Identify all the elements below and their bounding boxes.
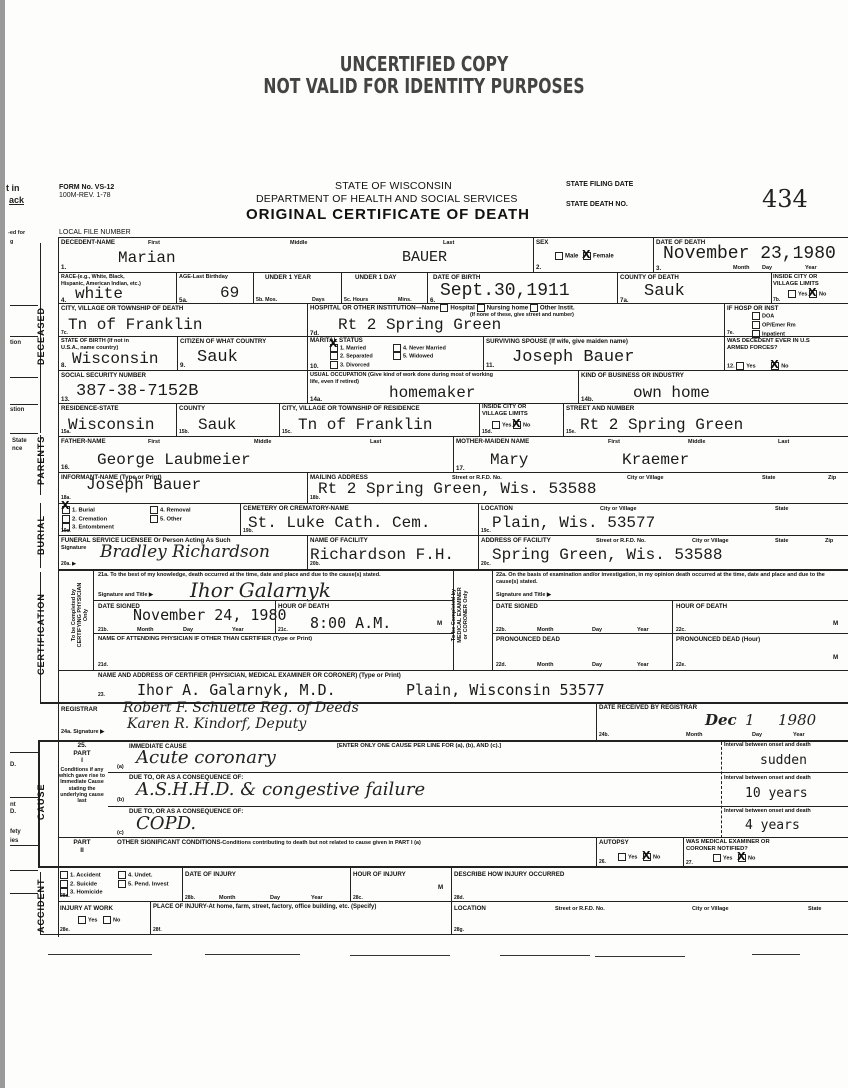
undetermined-checkbox[interactable] <box>118 871 126 879</box>
burial-checkbox[interactable] <box>62 506 70 514</box>
yes-label: Yes <box>798 291 807 297</box>
field-number: 20a. ▶ <box>61 561 76 568</box>
autopsy-options: Yes No <box>618 853 660 861</box>
field-number: 15e. <box>566 429 576 436</box>
department-name: DEPARTMENT OF HEALTH AND SOCIAL SERVICES <box>256 193 518 205</box>
form-left-border <box>58 237 59 937</box>
other-instit-checkbox[interactable] <box>530 304 538 312</box>
margin-text: fety <box>10 829 21 835</box>
cremation-checkbox[interactable] <box>62 515 70 523</box>
residence-state: Wisconsin <box>68 417 154 433</box>
no-label: No <box>113 917 120 923</box>
row-line <box>58 472 848 473</box>
certifier-address: Plain, Wisconsin 53577 <box>406 682 605 698</box>
margin-line <box>10 893 38 894</box>
me-notified-yes-checkbox[interactable] <box>713 854 721 862</box>
part-number: I <box>58 757 106 765</box>
no-label: No <box>523 422 530 428</box>
margin-line <box>10 845 38 846</box>
cemetery-label: CEMETERY OR CREMATORY-NAME <box>243 505 349 512</box>
row-line <box>108 806 848 807</box>
date-of-death: November 23,1980 <box>663 246 836 262</box>
inside-no-checkbox[interactable] <box>809 290 817 298</box>
city-of-death: Tn of Franklin <box>68 317 202 333</box>
manner-col2: 4. Undet. 5. Pend. Invest <box>118 871 169 888</box>
separated-checkbox[interactable] <box>330 352 338 360</box>
nursing-home-checkbox[interactable] <box>477 304 485 312</box>
suicide-option: 2. Suicide <box>70 881 97 887</box>
scan-edge <box>0 0 5 1088</box>
street-value: Rt 2 Spring Green <box>580 417 743 433</box>
margin-line <box>10 377 38 378</box>
divider <box>307 535 308 569</box>
work-no-checkbox[interactable] <box>103 916 111 924</box>
margin-text: D. <box>10 809 16 815</box>
day-label: Day <box>752 732 762 739</box>
state-filing-date-label: STATE FILING DATE <box>566 180 633 189</box>
yes-label: Yes <box>628 854 637 860</box>
field-number: 11. <box>486 362 494 369</box>
divider <box>478 503 479 535</box>
divider <box>596 837 597 866</box>
mother-first-name: Mary <box>490 452 528 468</box>
signature-label-text: 24a. Signature <box>61 729 99 735</box>
decorative-line <box>205 954 300 955</box>
signature-title-text: Signature and Title <box>98 592 147 598</box>
cause-c-tag: (c) <box>117 830 124 837</box>
margin-text: tion <box>10 340 21 346</box>
part-number: II <box>58 847 106 855</box>
interval-label: Interval between onset and death <box>724 808 811 815</box>
location-label: LOCATION <box>481 505 513 512</box>
date-signed: November 24, 1980 <box>133 607 287 623</box>
divider <box>578 370 579 403</box>
accident-checkbox[interactable] <box>60 871 68 879</box>
business-value: own home <box>633 385 710 401</box>
father-name: George Laubmeier <box>97 452 251 468</box>
divider <box>275 600 276 633</box>
divider <box>307 336 308 370</box>
zip-label: Zip <box>825 538 833 545</box>
field-number: 8. <box>61 362 66 369</box>
divider <box>483 336 484 370</box>
other-conditions-label: OTHER SIGNIFICANT CONDITIONS-Conditions … <box>117 839 421 847</box>
autopsy-yes-checkbox[interactable] <box>618 853 626 861</box>
decorative-line <box>350 955 450 956</box>
county-of-death: Sauk <box>644 284 685 300</box>
divider <box>176 272 177 303</box>
field-number: 15a. <box>61 429 71 436</box>
city-label: City or Village <box>600 506 637 513</box>
other-option: 5. Other <box>160 516 182 522</box>
cause-a: Acute coronary <box>136 747 276 768</box>
cause-c-interval: 4 years <box>745 818 800 834</box>
conditions-note: Conditions if any which gave rise to Imm… <box>58 767 106 804</box>
city-of-death-label: CITY, VILLAGE OR TOWNSHIP OF DEATH <box>61 305 183 312</box>
divorced-option: 3. Divorced <box>340 362 370 368</box>
if-hosp-label: IF HOSP OR INST <box>727 305 778 312</box>
facility-name-label: NAME OF FACILITY <box>310 537 368 544</box>
field-number: 20a. <box>61 561 71 567</box>
margin-text: g <box>10 239 13 245</box>
divider <box>307 472 308 503</box>
homicide-option: 3. Homicide <box>70 890 103 896</box>
city-label: City or Village <box>692 538 729 545</box>
section-accident: ACCIDENT <box>36 873 46 933</box>
date-signed-label: DATE SIGNED <box>496 603 538 610</box>
certifier-name: Ihor A. Galarnyk, M.D. <box>137 682 336 698</box>
interval-divider <box>721 742 723 838</box>
divider <box>177 336 178 370</box>
city-label: City or Village <box>692 906 729 913</box>
business-label: KIND OF BUSINESS OR INDUSTRY <box>581 372 684 379</box>
age-value: 69 <box>220 285 239 301</box>
month-label: Month <box>537 662 554 669</box>
county-of-death-label: COUNTY OF DEATH <box>620 274 679 281</box>
decorative-line <box>500 955 590 956</box>
armed-yes-checkbox[interactable] <box>736 362 744 370</box>
part-one-heading: 25. PART I <box>58 742 106 765</box>
middle-label: Middle <box>290 240 307 247</box>
field-number: 20b. <box>310 561 320 568</box>
injury-location-label: LOCATION <box>454 905 486 912</box>
licensee-signature: Bradley Richardson <box>100 542 270 562</box>
field-number: 12. <box>727 363 735 369</box>
facility-name: Richardson F.H. <box>310 547 454 563</box>
injury-at-work-label: INJURY AT WORK <box>60 905 113 912</box>
first-label: First <box>148 240 160 247</box>
middle-label: Middle <box>688 439 705 446</box>
middle-label: Middle <box>254 439 271 446</box>
row-line <box>58 837 848 838</box>
divorced-checkbox[interactable] <box>330 361 338 369</box>
margin-line <box>10 433 38 434</box>
sex-label: SEX <box>536 239 548 246</box>
divider <box>307 303 308 336</box>
state-of-birth: Wisconsin <box>72 351 158 367</box>
decorative-line <box>595 956 685 957</box>
under-1-day-label: UNDER 1 DAY <box>355 274 396 281</box>
registrar-label: REGISTRAR <box>61 706 97 713</box>
decorative-line <box>752 954 800 955</box>
married-option: 1. Married <box>340 345 366 351</box>
field-number: 13. <box>61 396 70 403</box>
meridiem-label: M <box>438 884 443 891</box>
divider <box>307 370 308 403</box>
received-month: Dec <box>705 711 737 729</box>
physician-signature: Ihor Galarnyk <box>190 578 331 602</box>
part-label: PART <box>58 839 106 847</box>
last-label: Last <box>443 240 454 247</box>
hospital-checkbox[interactable] <box>440 304 448 312</box>
doa-checkbox[interactable] <box>752 312 760 320</box>
armed-forces-label: WAS DECEDENT EVER IN U.SARMED FORCES? <box>727 338 810 352</box>
margin-text: t in <box>6 183 20 193</box>
never-married-checkbox[interactable] <box>393 344 401 352</box>
citizen-label: CITIZEN OF WHAT COUNTRY <box>180 338 266 345</box>
res-inside-no-checkbox[interactable] <box>513 421 521 429</box>
armed-no-checkbox[interactable] <box>771 362 779 370</box>
burial-option: 1. Burial <box>72 508 95 514</box>
not-valid-stamp: NOT VALID FOR IDENTITY PURPOSES <box>93 74 754 98</box>
work-yes-checkbox[interactable] <box>78 916 86 924</box>
divider <box>176 403 177 436</box>
margin-text: stion <box>10 407 24 413</box>
mother-maiden-name-label: MOTHER-MAIDEN NAME <box>456 438 529 445</box>
divider <box>683 837 684 866</box>
divider <box>617 272 618 303</box>
row-line <box>108 772 848 773</box>
year-label: Year <box>805 265 817 272</box>
other-checkbox[interactable] <box>150 515 158 523</box>
first-label: First <box>608 439 620 446</box>
date-of-birth: Sept.30,1911 <box>440 283 570 299</box>
divider <box>279 403 280 436</box>
residence-city-label: CITY, VILLAGE OR TOWNSHIP OF RESIDENCE <box>282 405 420 412</box>
field-number: 21d. <box>98 662 108 669</box>
margin-text: D. <box>10 762 16 768</box>
row-line <box>93 600 453 601</box>
divider <box>478 535 479 569</box>
suicide-checkbox[interactable] <box>60 880 68 888</box>
divider <box>563 403 564 436</box>
divider <box>479 403 480 436</box>
section-burial: BURIAL <box>36 505 46 555</box>
margin-line <box>10 870 38 871</box>
divider <box>150 901 151 934</box>
ssn-label: SOCIAL SECURITY NUMBER <box>61 372 146 379</box>
pending-option: 5. Pend. Invest <box>128 881 169 887</box>
field-number: 14b. <box>581 396 593 403</box>
meridiem-label: M <box>437 620 442 627</box>
race-value: white <box>75 286 123 302</box>
examiner-statement-22a: 22a. On the basis of examination and/or … <box>496 572 841 585</box>
divider <box>672 600 673 670</box>
hour-of-death: 8:00 A.M. <box>310 615 391 631</box>
part-two-heading: PART II <box>58 839 106 854</box>
day-label: Day <box>762 265 772 272</box>
date-received-label: DATE RECEIVED BY REGISTRAR <box>599 704 697 711</box>
divider <box>492 569 493 670</box>
occupation-value: homemaker <box>389 385 475 401</box>
field-number: 14a. <box>310 396 322 403</box>
residence-inside-label: INSIDE CITY ORVILLAGE LIMITS <box>482 404 528 418</box>
form-revision: 100M-REV. 1-78 <box>59 191 111 200</box>
inside-yes-checkbox[interactable] <box>788 290 796 298</box>
armed-forces-options: 12. Yes No <box>727 362 789 370</box>
hour-of-death-label: HOUR OF DEATH <box>278 603 329 610</box>
date-of-injury-label: DATE OF INJURY <box>185 871 236 878</box>
married-checkbox[interactable] <box>330 344 338 352</box>
margin-text: nt <box>10 802 16 808</box>
city-label: City or Village <box>627 475 664 482</box>
decedent-first-name: Marian <box>118 250 176 266</box>
state-name: STATE OF WISCONSIN <box>335 180 452 192</box>
residence-county-label: COUNTY <box>179 405 205 412</box>
row-line <box>58 503 848 504</box>
section-cause: CAUSE <box>36 780 46 820</box>
registrar-signature-1: Robert F. Schuette Reg. of Deeds <box>123 700 359 716</box>
state-death-no-label: STATE DEATH NO. <box>566 200 628 209</box>
hospital-value: Rt 2 Spring Green <box>338 317 501 333</box>
interval-label: Interval between onset and death <box>724 775 811 782</box>
male-checkbox[interactable] <box>555 252 563 260</box>
cause-a-tag: (a) <box>117 764 124 771</box>
injury-at-work-options: Yes No <box>78 916 120 924</box>
margin-text: -ed for <box>8 230 25 236</box>
field-number: 26. <box>599 859 606 866</box>
field-number: 19c. <box>481 528 491 535</box>
entombment-option: 3. Entombment <box>72 525 114 531</box>
signature-label: Signature <box>61 545 86 552</box>
accident-option: 1. Accident <box>70 873 101 879</box>
divider <box>596 702 597 740</box>
received-day: 1 <box>745 711 755 729</box>
year-label: Year <box>793 732 805 739</box>
autopsy-label: AUTOPSY <box>599 839 629 846</box>
field-number: 10. <box>310 363 319 370</box>
surviving-spouse: Joseph Bauer <box>512 350 634 366</box>
divider <box>453 436 454 472</box>
field-number: 15b. <box>179 429 189 436</box>
margin-text: ies <box>10 838 18 844</box>
divider <box>427 272 428 303</box>
facility-address-label: ADDRESS OF FACILITY <box>481 537 551 544</box>
divider <box>253 272 254 303</box>
divider <box>93 569 94 670</box>
local-file-number-label: LOCAL FILE NUMBER <box>59 228 131 237</box>
margin-text: ack <box>9 195 24 205</box>
row-line <box>58 901 848 902</box>
residence-city: Tn of Franklin <box>298 417 432 433</box>
signature-title-label: Signature and Title ▶ <box>98 592 153 599</box>
registrar-signature-label: 24a. Signature ▶ <box>61 729 104 736</box>
document-title: ORIGINAL CERTIFICATE OF DEATH <box>246 206 530 223</box>
widowed-option: 5. Widowed <box>403 354 433 360</box>
cause-b-interval: 10 years <box>745 786 808 802</box>
no-label: No <box>748 855 755 861</box>
cause-bottom-border <box>38 866 848 868</box>
decedent-name-label: DECEDENT-NAME <box>61 239 115 246</box>
no-label: No <box>653 854 660 860</box>
part-label: PART <box>58 750 106 758</box>
field-number: 15c. <box>282 429 292 436</box>
field-number: 24b. <box>599 732 609 739</box>
state-label: State <box>775 506 788 513</box>
margin-text: nce <box>12 446 22 452</box>
margin-line <box>10 336 38 337</box>
meridiem-label: M <box>833 654 838 661</box>
field-number: 1. <box>61 264 66 271</box>
divider <box>653 237 654 272</box>
if-hosp-options: DOA OP/Emer Rm Inpatient <box>752 312 796 339</box>
street-rfd-label: Street or R.F.D. No. <box>555 906 605 913</box>
field-number: 3. <box>656 265 661 272</box>
citizen-value: Sauk <box>197 350 238 366</box>
form-bottom-border <box>40 934 848 935</box>
interval-label: Interval between onset and death <box>724 742 811 749</box>
divider <box>182 868 183 901</box>
field-number: 23. <box>98 692 105 699</box>
yes-label: Yes <box>723 855 732 861</box>
removal-option: 4. Removal <box>160 508 191 514</box>
mailing-address: Rt 2 Spring Green, Wis. 53588 <box>318 481 596 497</box>
field-number: 28f. <box>153 927 162 934</box>
state-label: State <box>775 538 788 545</box>
disposition-col2: 4. Removal 5. Other <box>150 506 191 523</box>
hospital-option: Hospital <box>450 305 474 312</box>
cause-c: COPD. <box>136 813 196 834</box>
no-label: No <box>781 363 788 369</box>
hospital-label: HOSPITAL OR OTHER INSTITUTION—Name <box>310 305 439 312</box>
month-label: Month <box>686 732 703 739</box>
row-line <box>58 535 848 536</box>
field-number: 22d. <box>496 662 506 669</box>
marital-options-col2: 4. Never Married 5. Widowed <box>393 344 446 361</box>
no-label: No <box>819 291 826 297</box>
nursing-home-option: Nursing home <box>487 305 529 312</box>
removal-checkbox[interactable] <box>150 506 158 514</box>
under-1-year-label: UNDER 1 YEAR <box>265 274 311 281</box>
female-checkbox[interactable] <box>583 252 591 260</box>
yes-label: Yes <box>88 917 97 923</box>
row-line <box>58 670 848 671</box>
me-notified-no-checkbox[interactable] <box>738 854 746 862</box>
age-label: AGE-Last Birthday <box>179 274 228 281</box>
margin-line <box>10 797 38 798</box>
margin-text: State <box>12 438 27 444</box>
res-inside-yes-checkbox[interactable] <box>492 421 500 429</box>
state-label: State <box>808 906 821 913</box>
field-number: 28a. <box>60 893 70 900</box>
marital-options-col1: 1. Married 2. Separated 3. Divorced <box>330 344 373 369</box>
burial-location: Plain, Wis. 53577 <box>492 515 655 531</box>
place-of-injury-label: PLACE OF INJURY-At home, farm, street, f… <box>153 904 443 911</box>
margin-line <box>10 752 38 753</box>
op-checkbox[interactable] <box>752 321 760 329</box>
street-label: STREET AND NUMBER <box>566 405 634 412</box>
mother-last-name: Kraemer <box>622 452 689 468</box>
field-number: 25. <box>58 742 106 750</box>
row-line <box>58 370 848 371</box>
state-label: State <box>762 475 775 482</box>
informant-name: Joseph Bauer <box>86 477 201 493</box>
row-line <box>492 633 848 634</box>
field-number: 15d. <box>482 429 492 436</box>
cremation-option: 2. Cremation <box>72 516 107 522</box>
field-number: 28e. <box>60 927 70 934</box>
yes-label: Yes <box>746 363 755 369</box>
pending-checkbox[interactable] <box>118 880 126 888</box>
physician-only-note: To be Completed byCERTIFYING PHYSICIANOn… <box>71 580 89 650</box>
row-line <box>492 600 848 601</box>
received-year: 1980 <box>778 711 816 729</box>
signature-title-label: Signature and Title ▶ <box>496 592 551 599</box>
cemetery-name: St. Luke Cath. Cem. <box>248 515 430 531</box>
male-label: Male <box>565 254 578 260</box>
widowed-checkbox[interactable] <box>393 352 401 360</box>
medical-examiner-only-note: To be Completed byMEDICAL EXAMINERor COR… <box>451 580 469 650</box>
divider <box>771 272 772 303</box>
hour-of-death-label: HOUR OF DEATH <box>676 603 727 610</box>
row-line <box>93 633 453 634</box>
divider <box>350 868 351 901</box>
field-number: 28g. <box>454 927 464 934</box>
autopsy-no-checkbox[interactable] <box>643 853 651 861</box>
field-number: 2. <box>536 264 541 271</box>
pronounced-dead-label: PRONOUNCED DEAD <box>496 636 560 643</box>
me-notified-options: Yes No <box>713 854 755 862</box>
